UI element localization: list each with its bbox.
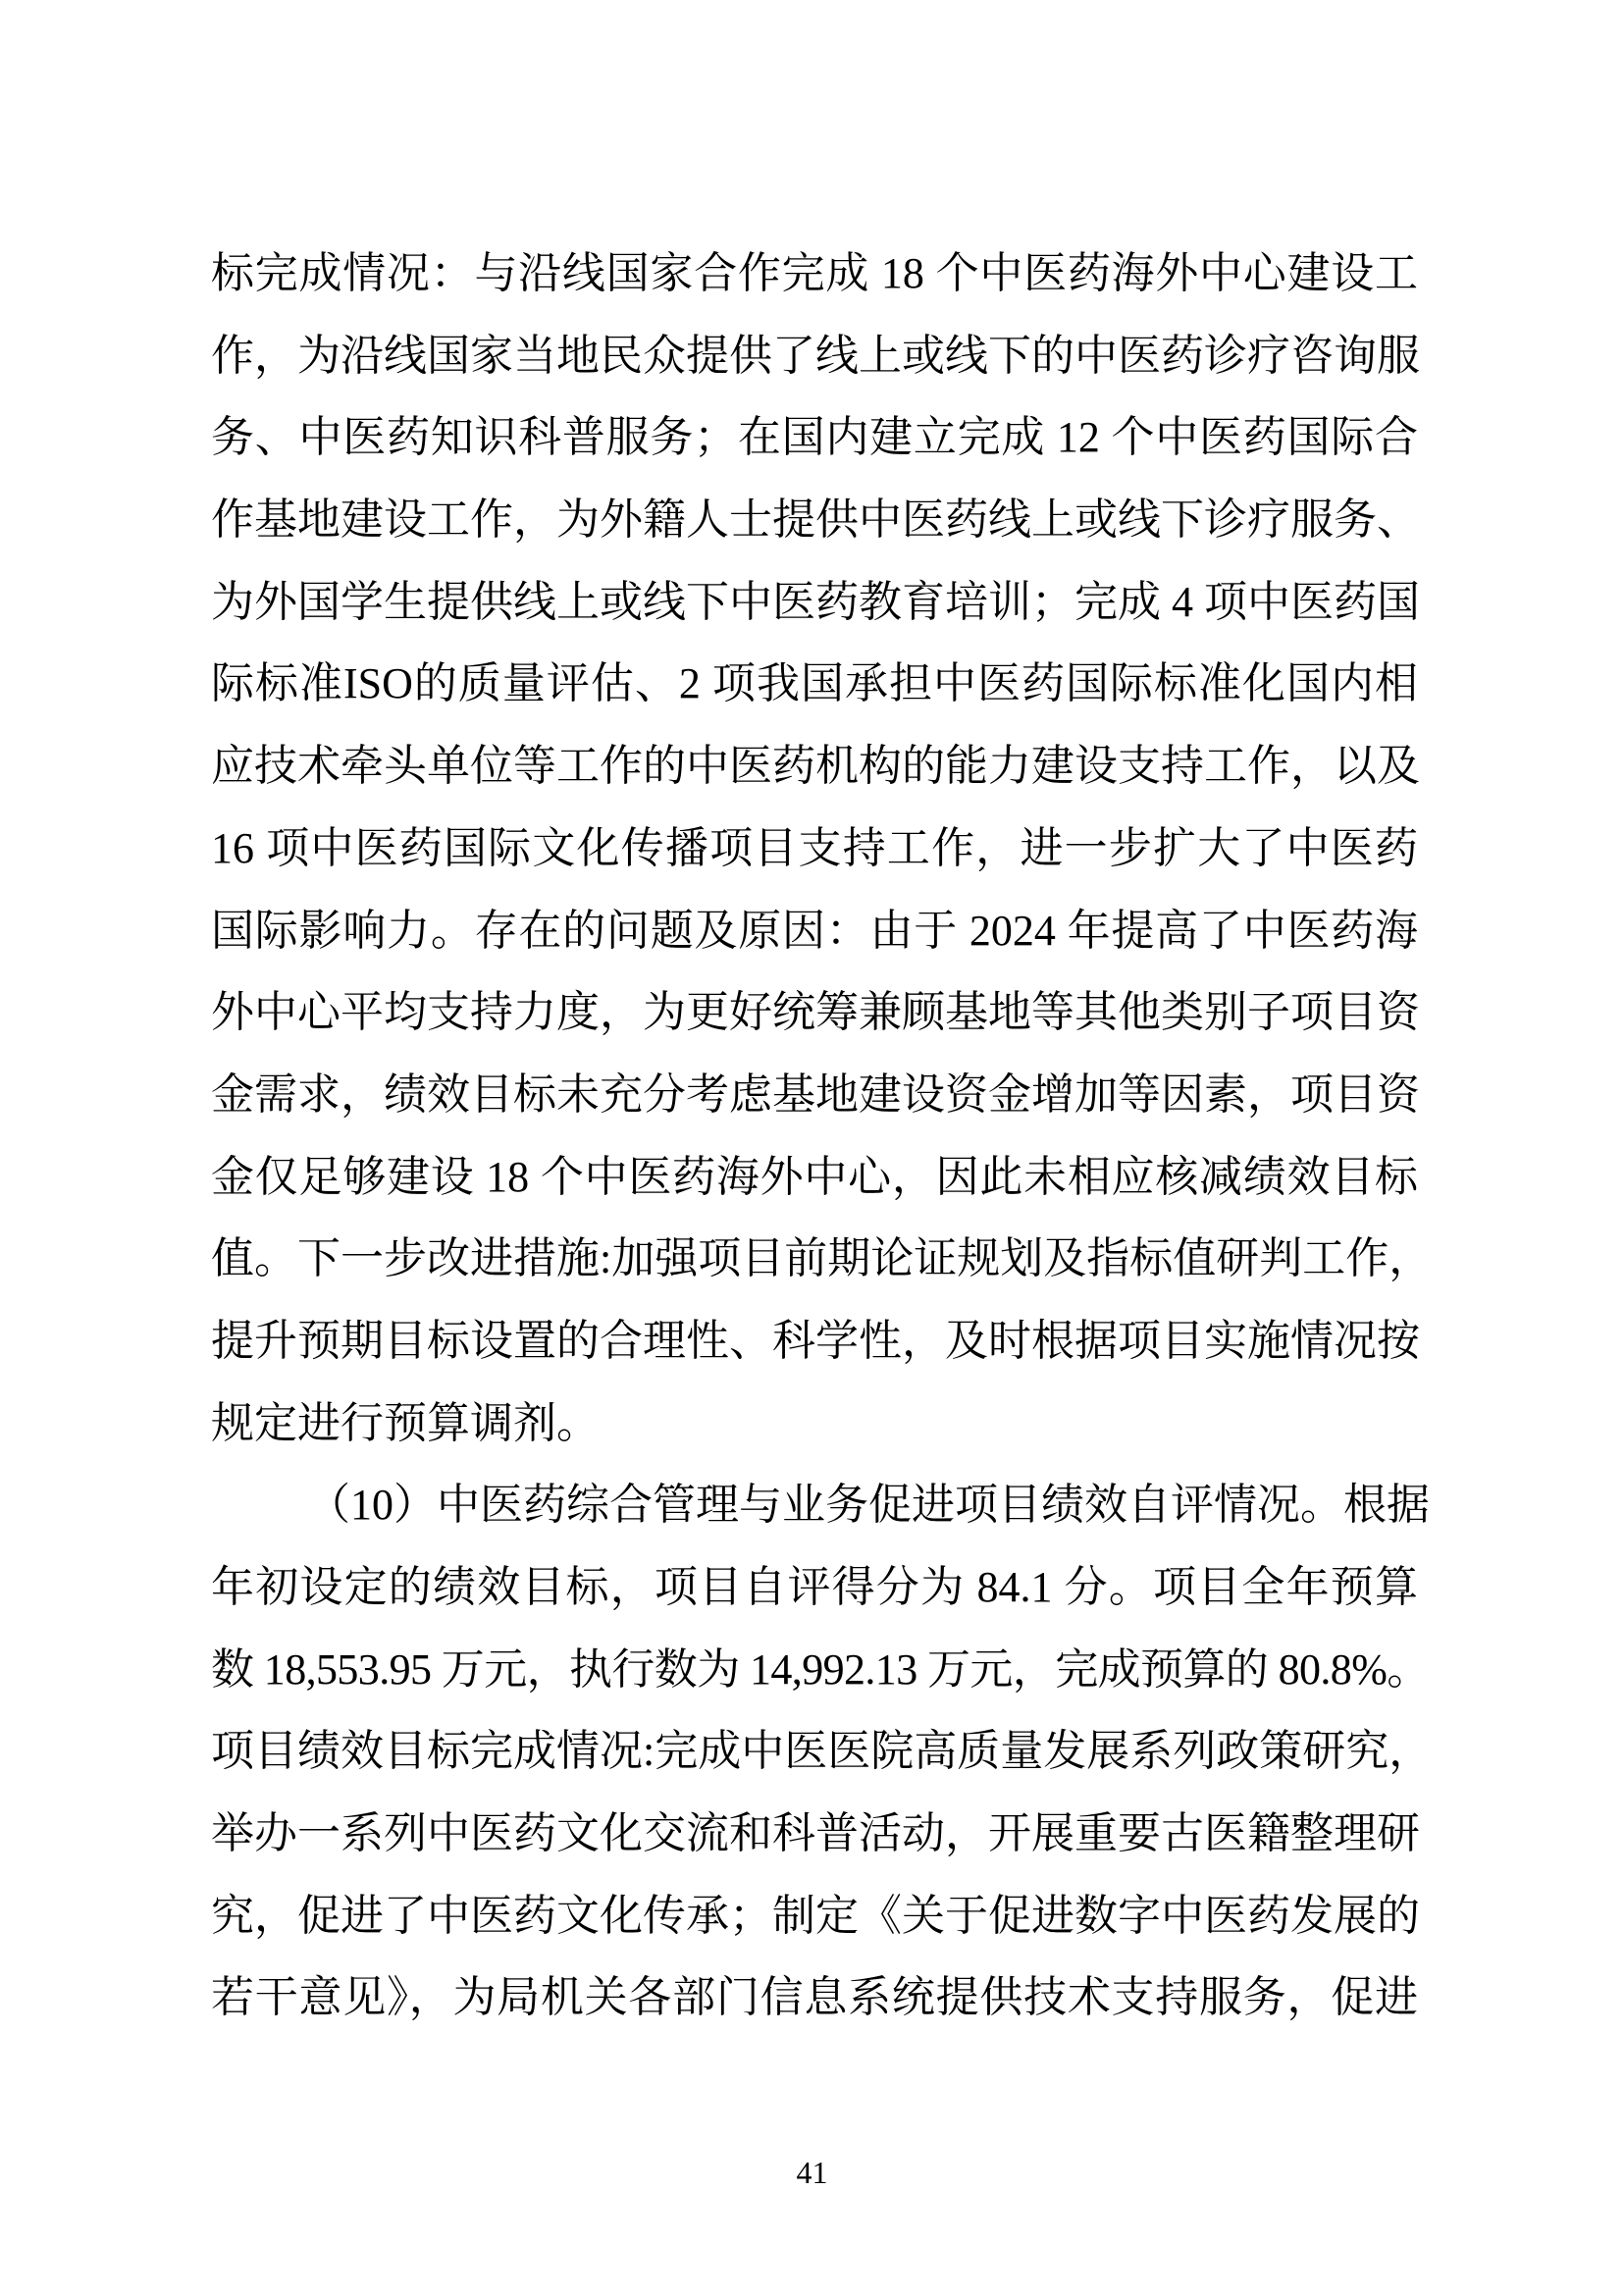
text-line: 年初设定的绩效目标，项目自评得分为 84.1 分。项目全年预算 [211, 1546, 1418, 1629]
text-line: 若干意见》，为局机关各部门信息系统提供技术支持服务，促进 [211, 1956, 1418, 2039]
text-line: 外中心平均支持力度，为更好统筹兼顾基地等其他类别子项目资 [211, 971, 1418, 1054]
text-line: 值。下一步改进措施:加强项目前期论证规划及指标值研判工作， [211, 1218, 1418, 1300]
paragraph-item-10: （10）中医药综合管理与业务促进项目绩效自评情况。根据 年初设定的绩效目标，项目… [211, 1464, 1418, 2039]
text-line: 作，为沿线国家当地民众提供了线上或线下的中医药诊疗咨询服 [211, 315, 1418, 397]
text-line: 16 项中医药国际文化传播项目支持工作，进一步扩大了中医药 [211, 808, 1418, 890]
text-line: 规定进行预算调剂。 [211, 1382, 1418, 1465]
text-line: 际标准ISO的质量评估、2 项我国承担中医药国际标准化国内相 [211, 643, 1418, 725]
text-line: 举办一系列中医药文化交流和科普活动，开展重要古医籍整理研 [211, 1793, 1418, 1875]
text-line: （10）中医药综合管理与业务促进项目绩效自评情况。根据 [211, 1464, 1418, 1546]
text-line: 务、中医药知识科普服务；在国内建立完成 12 个中医药国际合 [211, 396, 1418, 479]
text-line: 金需求，绩效目标未充分考虑基地建设资金增加等因素，项目资 [211, 1054, 1418, 1136]
document-page: 标完成情况：与沿线国家合作完成 18 个中医药海外中心建设工 作，为沿线国家当地… [0, 0, 1624, 2295]
text-line: 提升预期目标设置的合理性、科学性，及时根据项目实施情况按 [211, 1300, 1418, 1382]
text-line: 作基地建设工作，为外籍人士提供中医药线上或线下诊疗服务、 [211, 479, 1418, 561]
text-line: 国际影响力。存在的问题及原因：由于 2024 年提高了中医药海 [211, 890, 1418, 972]
text-line: 标完成情况：与沿线国家合作完成 18 个中医药海外中心建设工 [211, 233, 1418, 315]
text-line: 金仅足够建设 18 个中医药海外中心，因此未相应核减绩效目标 [211, 1136, 1418, 1219]
text-line: 究，促进了中医药文化传承；制定《关于促进数字中医药发展的 [211, 1875, 1418, 1957]
text-line: 应技术牵头单位等工作的中医药机构的能力建设支持工作，以及 [211, 725, 1418, 808]
text-line: 为外国学生提供线上或线下中医药教育培训；完成 4 项中医药国 [211, 561, 1418, 644]
paragraph-continued: 标完成情况：与沿线国家合作完成 18 个中医药海外中心建设工 作，为沿线国家当地… [211, 233, 1418, 1464]
text-block: 标完成情况：与沿线国家合作完成 18 个中医药海外中心建设工 作，为沿线国家当地… [211, 233, 1418, 2039]
text-line: 数 18,553.95 万元，执行数为 14,992.13 万元，完成预算的 8… [211, 1629, 1418, 1711]
page-number: 41 [0, 2155, 1624, 2190]
text-line: 项目绩效目标完成情况:完成中医医院高质量发展系列政策研究， [211, 1710, 1418, 1793]
